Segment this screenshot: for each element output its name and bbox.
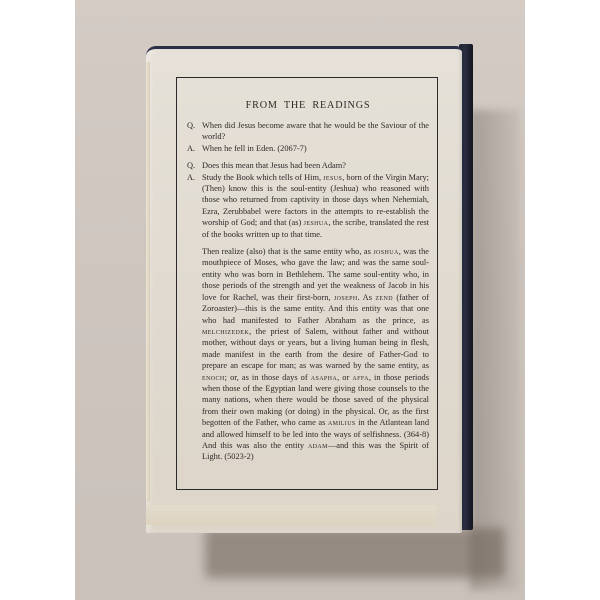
question-text: Does this mean that Jesus had been Adam? xyxy=(202,160,429,171)
question-2: Q. Does this mean that Jesus had been Ad… xyxy=(187,160,429,171)
answer-text: Study the Book which tells of Him, Jesus… xyxy=(202,172,429,240)
jacket-left-edge xyxy=(146,62,150,502)
answer-text: When he fell in Eden. (2067-7) xyxy=(202,143,429,154)
jacket-text: FROM THE READINGS Q. When did Jesus beco… xyxy=(187,100,429,463)
name-smallcaps: Jesus xyxy=(323,173,342,182)
jacket-bottom-fold xyxy=(146,505,436,525)
book-shadow-bottom xyxy=(205,528,505,578)
answer-continuation-paragraph: Then realize (also) that is the same ent… xyxy=(202,246,429,463)
heading: FROM THE READINGS xyxy=(187,100,429,111)
name-smallcaps: Jeshua xyxy=(304,218,329,227)
book-shadow-right xyxy=(470,110,520,590)
question-text: When did Jesus become aware that he woul… xyxy=(202,120,429,143)
q-label: Q. xyxy=(187,120,202,143)
q-label: Q. xyxy=(187,160,202,171)
a-label: A. xyxy=(187,172,202,240)
a-label: A. xyxy=(187,143,202,154)
photo: FROM THE READINGS Q. When did Jesus beco… xyxy=(75,0,525,600)
answer-2: A. Study the Book which tells of Him, Je… xyxy=(187,172,429,240)
question-1: Q. When did Jesus become aware that he w… xyxy=(187,120,429,143)
answer-1: A. When he fell in Eden. (2067-7) xyxy=(187,143,429,154)
